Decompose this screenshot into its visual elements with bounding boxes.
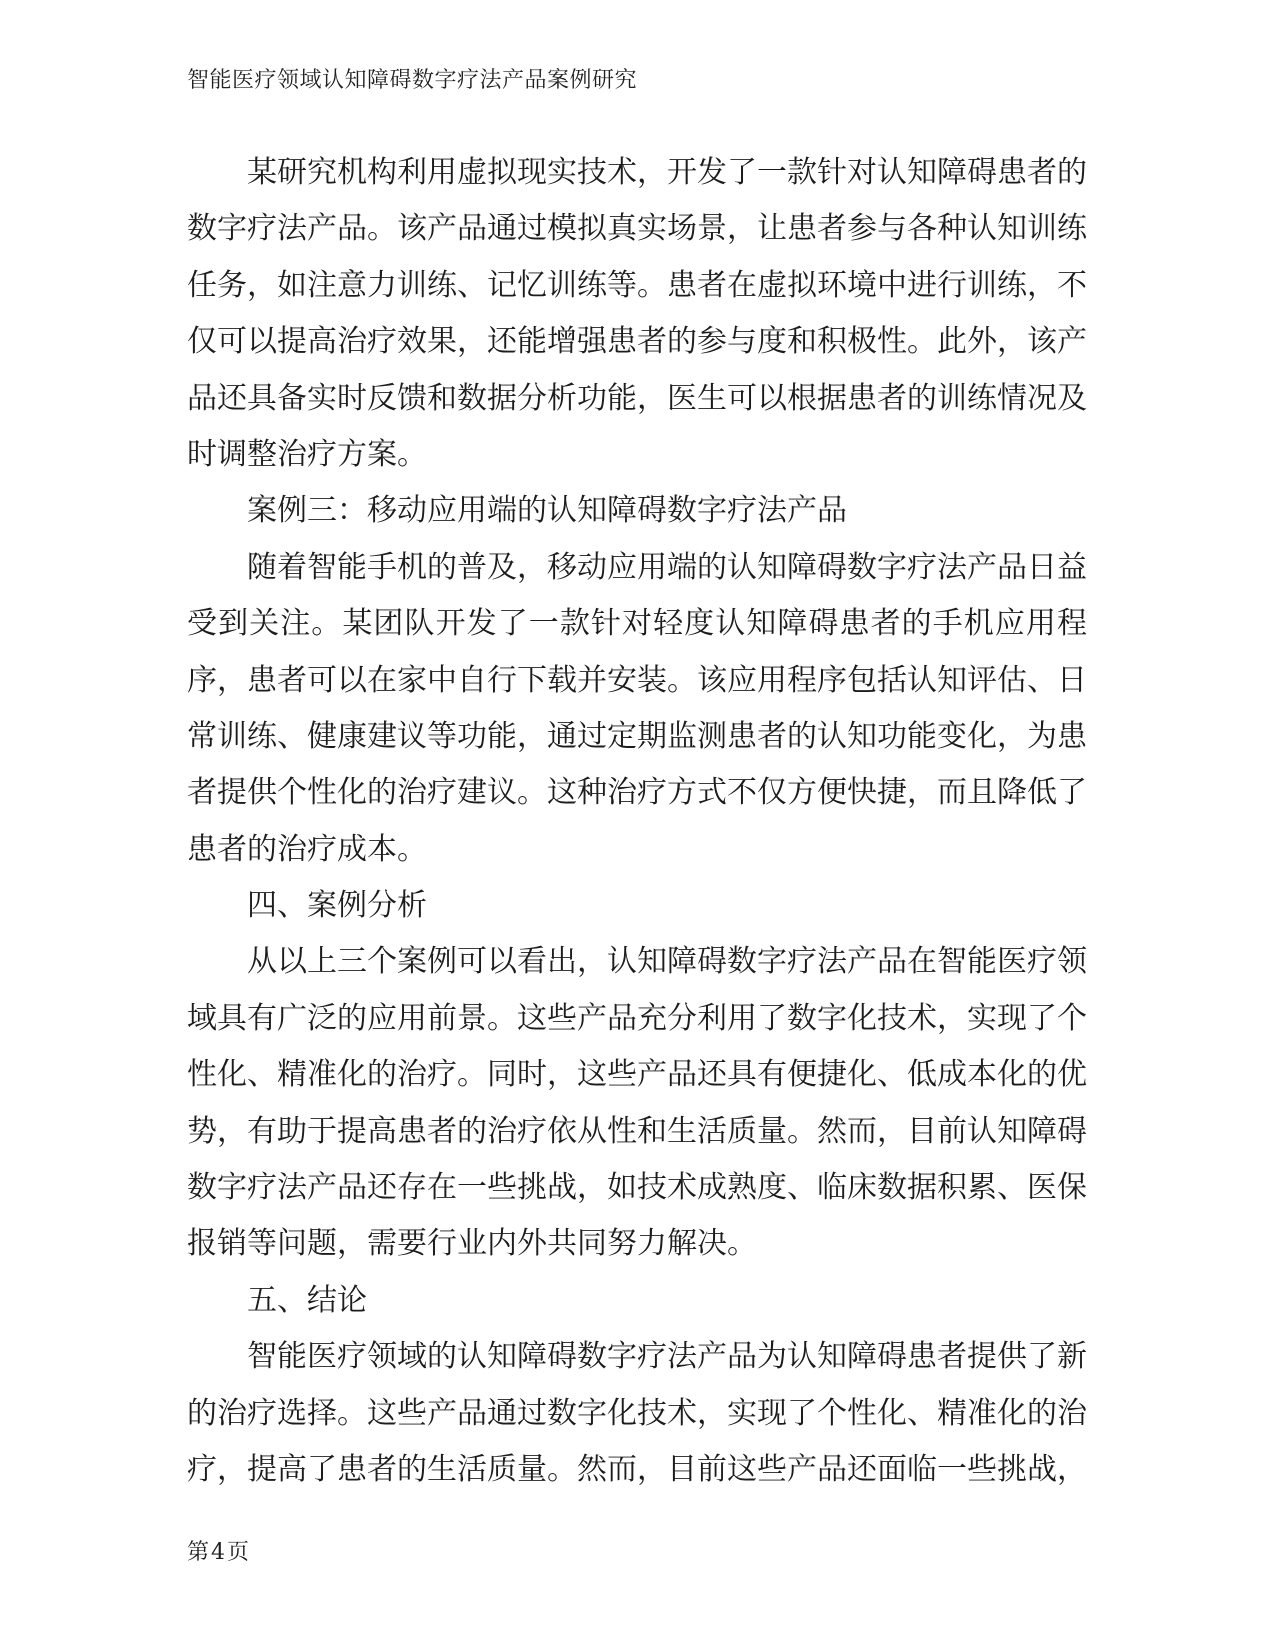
text-line: 品还具备实时反馈和数据分析功能，医生可以根据患者的训练情况及: [187, 371, 1087, 427]
text-line: 报销等问题，需要行业内外共同努力解决。: [187, 1216, 1087, 1272]
paragraph: 某研究机构利用虚拟现实技术，开发了一款针对认知障碍患者的 数字疗法产品。该产品通…: [187, 145, 1087, 483]
text-line: 势，有助于提高患者的治疗依从性和生活质量。然而，目前认知障碍: [187, 1104, 1087, 1160]
text-line: 受到关注。某团队开发了一款针对轻度认知障碍患者的手机应用程: [187, 596, 1087, 652]
text-line: 案例三：移动应用端的认知障碍数字疗法产品: [187, 483, 1087, 539]
text-line: 时调整治疗方案。: [187, 427, 1087, 483]
paragraph: 从以上三个案例可以看出，认知障碍数字疗法产品在智能医疗领 域具有广泛的应用前景。…: [187, 934, 1087, 1272]
text-line: 疗，提高了患者的生活质量。然而，目前这些产品还面临一些挑战，: [187, 1442, 1087, 1498]
section-heading: 五、结论: [187, 1273, 1087, 1329]
text-line: 性化、精准化的治疗。同时，这些产品还具有便捷化、低成本化的优: [187, 1047, 1087, 1103]
text-line: 患者的治疗成本。: [187, 822, 1087, 878]
text-line: 仅可以提高治疗效果，还能增强患者的参与度和积极性。此外，该产: [187, 314, 1087, 370]
text-line: 从以上三个案例可以看出，认知障碍数字疗法产品在智能医疗领: [187, 934, 1087, 990]
text-line: 某研究机构利用虚拟现实技术，开发了一款针对认知障碍患者的: [187, 145, 1087, 201]
document-page: 智能医疗领域认知障碍数字疗法产品案例研究 某研究机构利用虚拟现实技术，开发了一款…: [0, 0, 1275, 1650]
paragraph: 智能医疗领域的认知障碍数字疗法产品为认知障碍患者提供了新 的治疗选择。这些产品通…: [187, 1329, 1087, 1498]
text-line: 常训练、健康建议等功能，通过定期监测患者的认知功能变化，为患: [187, 709, 1087, 765]
text-line: 域具有广泛的应用前景。这些产品充分利用了数字化技术，实现了个: [187, 991, 1087, 1047]
text-line: 四、案例分析: [187, 878, 1087, 934]
paragraph: 随着智能手机的普及，移动应用端的认知障碍数字疗法产品日益 受到关注。某团队开发了…: [187, 540, 1087, 878]
text-line: 的治疗选择。这些产品通过数字化技术，实现了个性化、精准化的治: [187, 1386, 1087, 1442]
page-number: 第4页: [187, 1538, 251, 1568]
section-heading: 案例三：移动应用端的认知障碍数字疗法产品: [187, 483, 1087, 539]
document-body: 某研究机构利用虚拟现实技术，开发了一款针对认知障碍患者的 数字疗法产品。该产品通…: [187, 145, 1087, 1498]
text-line: 序，患者可以在家中自行下载并安装。该应用程序包括认知评估、日: [187, 653, 1087, 709]
text-line: 随着智能手机的普及，移动应用端的认知障碍数字疗法产品日益: [187, 540, 1087, 596]
text-line: 智能医疗领域的认知障碍数字疗法产品为认知障碍患者提供了新: [187, 1329, 1087, 1385]
text-line: 任务，如注意力训练、记忆训练等。患者在虚拟环境中进行训练，不: [187, 258, 1087, 314]
text-line: 五、结论: [187, 1273, 1087, 1329]
text-line: 数字疗法产品。该产品通过模拟真实场景，让患者参与各种认知训练: [187, 201, 1087, 257]
document-header-title: 智能医疗领域认知障碍数字疗法产品案例研究: [187, 66, 1087, 96]
text-line: 数字疗法产品还存在一些挑战，如技术成熟度、临床数据积累、医保: [187, 1160, 1087, 1216]
section-heading: 四、案例分析: [187, 878, 1087, 934]
text-line: 者提供个性化的治疗建议。这种治疗方式不仅方便快捷，而且降低了: [187, 765, 1087, 821]
